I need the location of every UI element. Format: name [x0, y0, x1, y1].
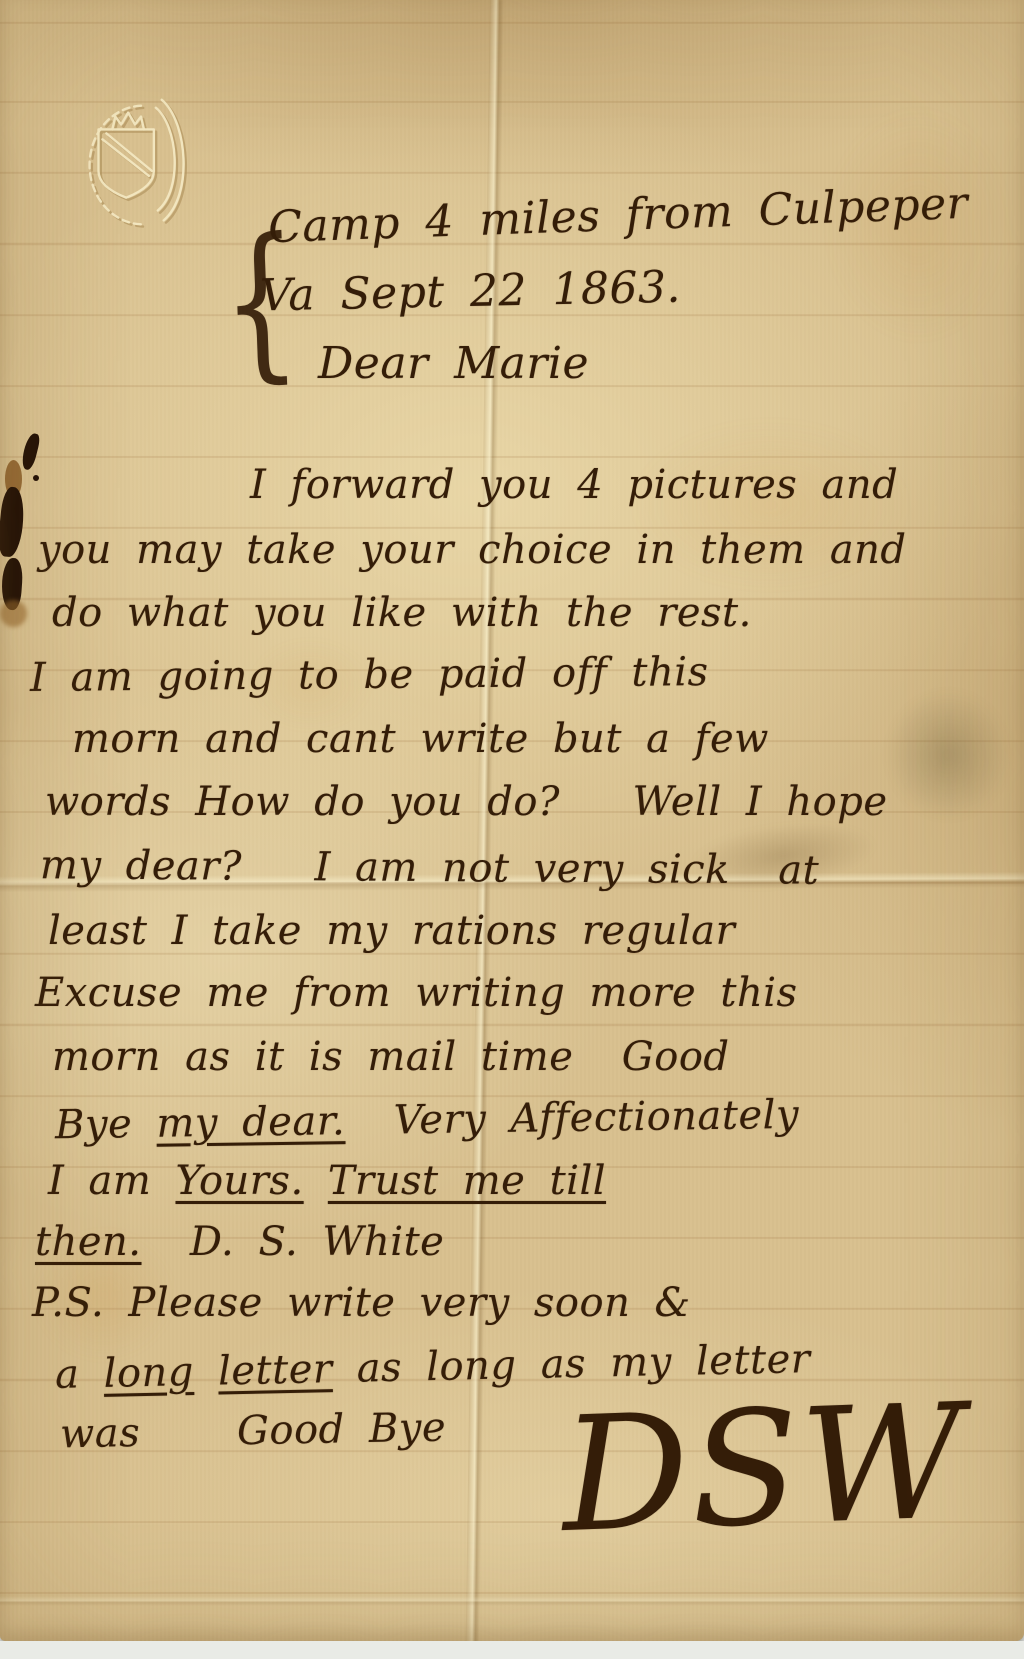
text-segment: was Good Bye — [60, 1405, 447, 1458]
text-segment: do what you like with the rest. — [52, 590, 752, 636]
letter-paper: { Camp 4 miles from Culpeper Va Sept 22 … — [0, 0, 1024, 1641]
text-segment: you may take your choice in them and — [38, 527, 907, 573]
letter-line: morn and cant write but a few — [72, 716, 769, 762]
underlined-text-segment: long — [103, 1349, 194, 1397]
letter-line: words How do you do? Well I hope — [45, 779, 888, 825]
text-segment: a — [55, 1351, 105, 1398]
text-segment: I am — [48, 1158, 176, 1204]
letter-line: was Good Bye — [60, 1405, 447, 1458]
letter-line: I am Yours. Trust me till — [48, 1158, 606, 1204]
text-segment: Bye — [55, 1101, 157, 1148]
underlined-text-segment: my dear. — [156, 1098, 345, 1147]
text-segment: Very Affectionately — [345, 1092, 799, 1144]
text-segment: I forward you 4 pictures and — [250, 462, 898, 508]
text-segment: Excuse me from writing more this — [35, 970, 798, 1016]
underlined-text-segment: then. — [35, 1219, 141, 1265]
underlined-text-segment: letter — [218, 1346, 333, 1394]
letter-line-postscript: P.S. Please write very soon & — [32, 1280, 691, 1326]
underlined-text-segment: Yours. — [176, 1158, 304, 1204]
text-segment: morn as it is mail time Good — [52, 1034, 730, 1080]
letter-line: morn as it is mail time Good — [52, 1034, 730, 1080]
ink-blot-smear — [0, 600, 27, 627]
letter-line: Excuse me from writing more this — [35, 970, 798, 1016]
text-segment: least I take my rations regular — [48, 908, 735, 954]
text-segment — [304, 1158, 328, 1204]
text-segment: P.S. Please write very soon & — [32, 1280, 691, 1326]
text-segment: my dear? I am not very sick at — [40, 842, 820, 893]
text-segment: morn and cant write but a few — [72, 716, 769, 762]
text-segment: I am going to be paid off this — [30, 649, 709, 701]
scanned-letter-page: { "page": { "scan_background_color": "#e… — [0, 0, 1024, 1659]
letter-line: I am going to be paid off this — [30, 649, 709, 701]
heading-date-line: Va Sept 22 1863. — [260, 262, 682, 322]
text-segment — [193, 1349, 218, 1395]
letter-line-signature-name: then. D. S. White — [35, 1219, 444, 1265]
embossed-crest-seal-icon — [48, 78, 216, 238]
letter-line: I forward you 4 pictures and — [250, 462, 898, 508]
underlined-text-segment: Trust me till — [328, 1158, 606, 1204]
letter-line: you may take your choice in them and — [38, 527, 907, 573]
scanner-background — [0, 1641, 1024, 1659]
ink-blot — [33, 475, 39, 481]
text-segment: D. S. White — [141, 1219, 444, 1265]
text-segment: words How do you do? Well I hope — [45, 779, 888, 825]
letter-line: do what you like with the rest. — [52, 590, 752, 636]
letter-line: my dear? I am not very sick at — [40, 842, 820, 893]
fold-crease-horizontal-lower — [0, 1596, 1024, 1606]
salutation: Dear Marie — [318, 338, 589, 389]
signature-initials: DSW — [559, 1383, 968, 1555]
letter-line: least I take my rations regular — [48, 908, 735, 954]
